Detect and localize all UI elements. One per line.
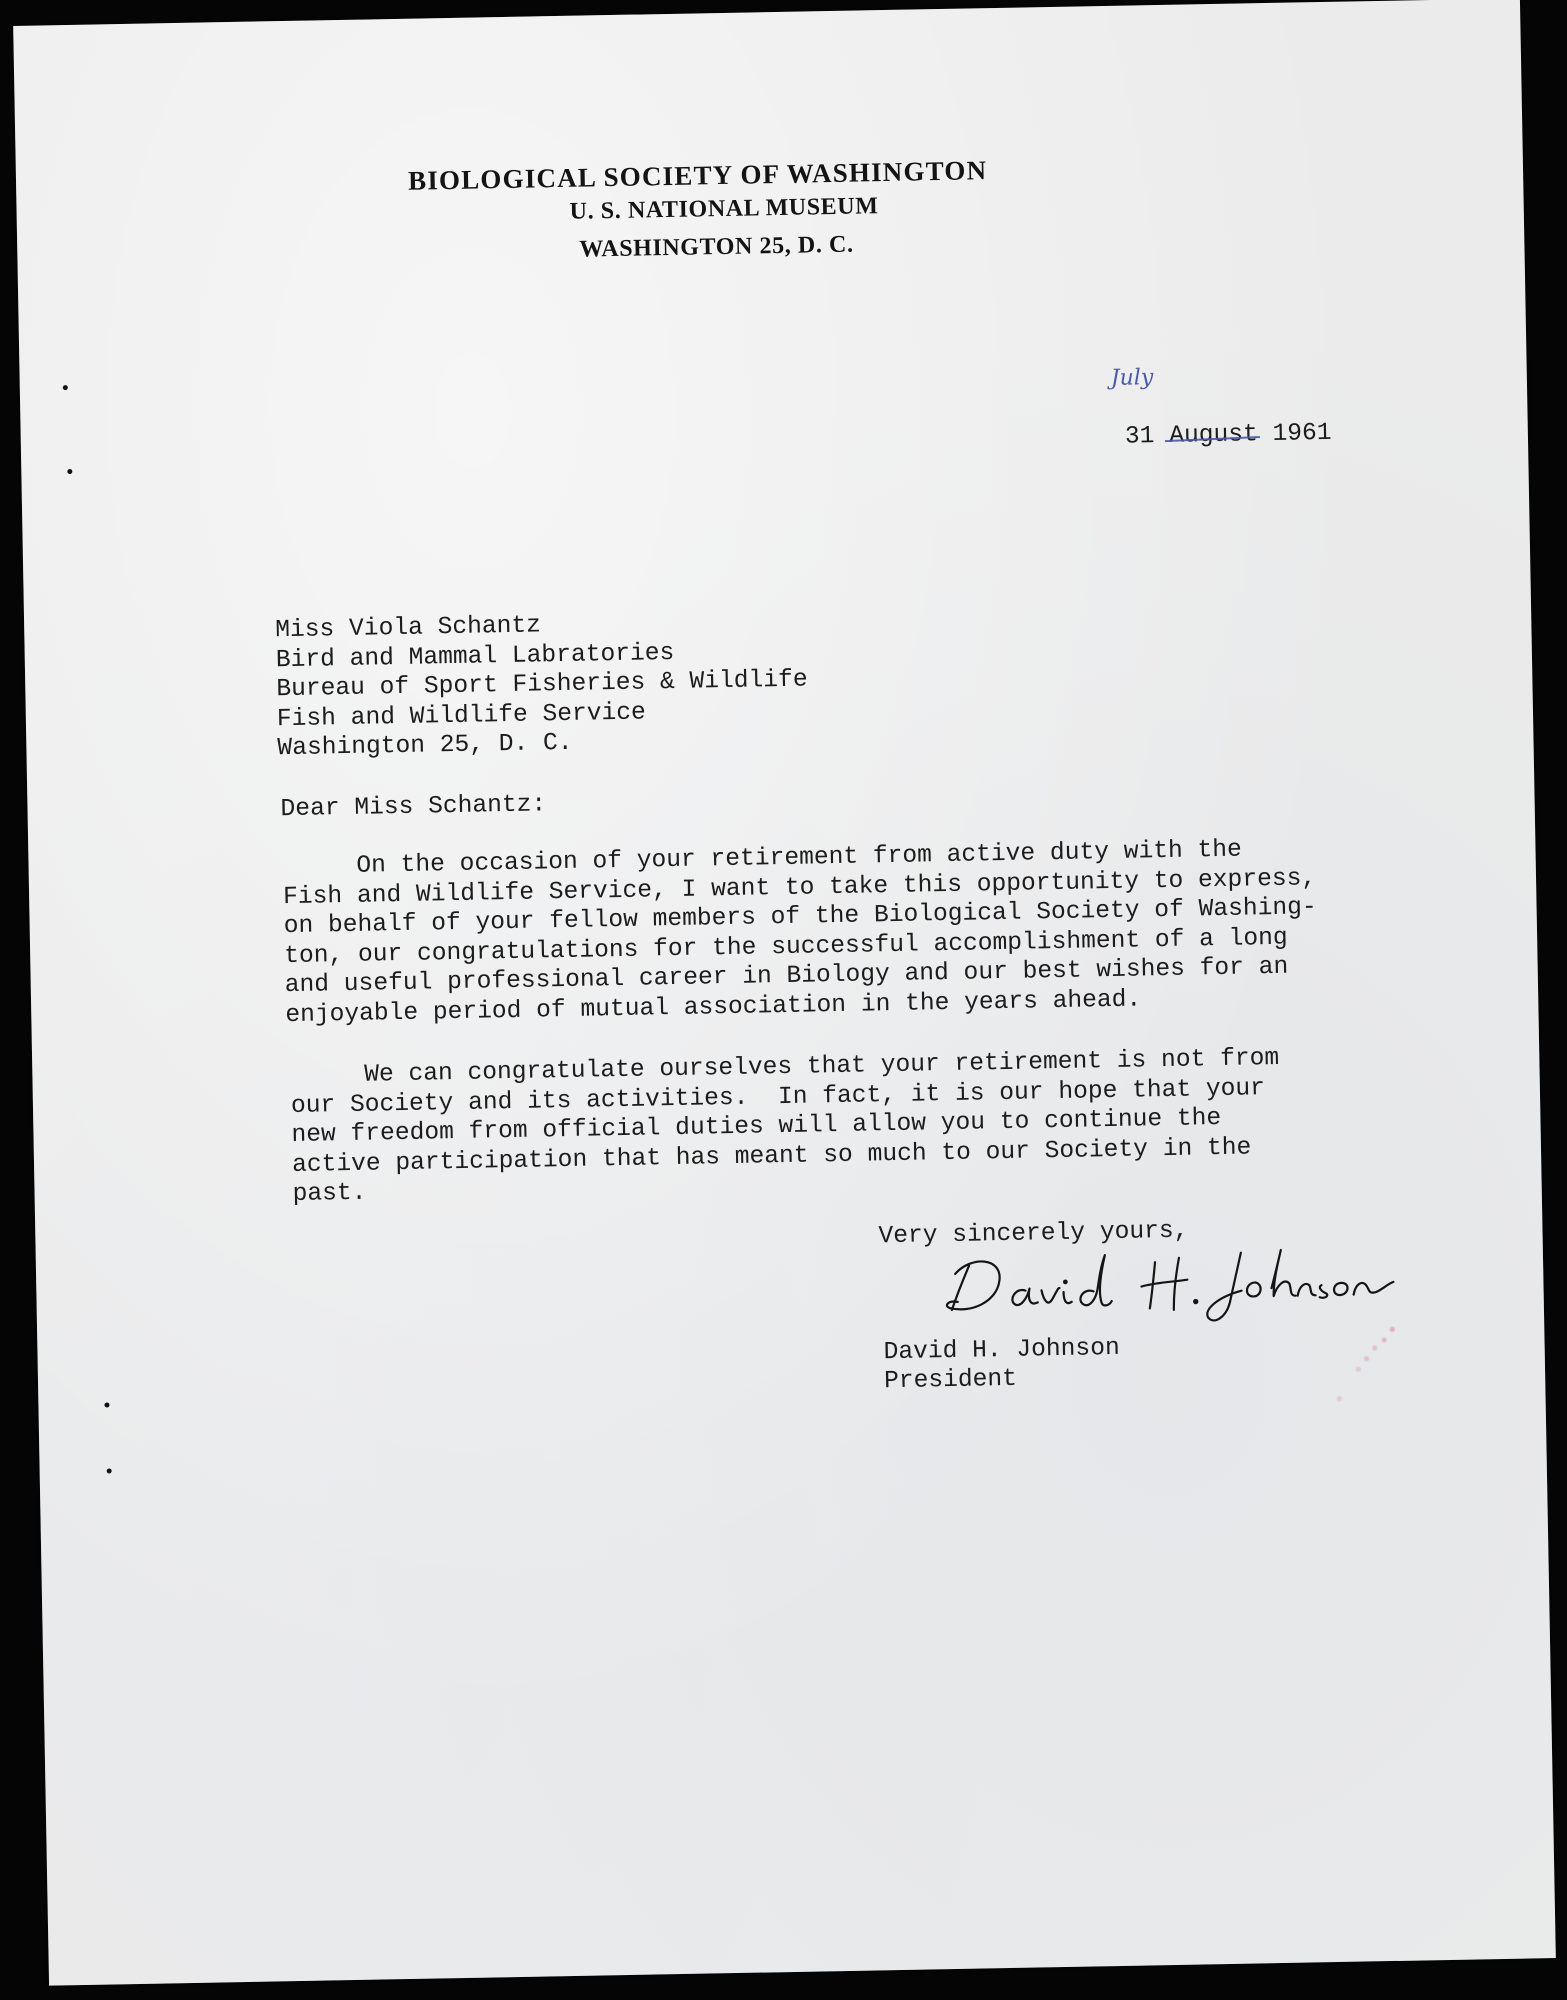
- signer-title: President: [884, 1365, 1017, 1397]
- date-year: 1961: [1272, 419, 1332, 447]
- letterhead-city: WASHINGTON 25, D. C.: [579, 232, 854, 264]
- margin-dot: [104, 1402, 109, 1407]
- date-day: 31: [1125, 423, 1155, 451]
- body-paragraph-2: We can congratulate ourselves that your …: [290, 1044, 1281, 1210]
- letter-page: BIOLOGICAL SOCIETY OF WASHINGTON U. S. N…: [13, 0, 1556, 1986]
- margin-dot: [107, 1468, 112, 1473]
- body-paragraph-1: On the occasion of your retirement from …: [282, 834, 1318, 1030]
- signer-name: David H. Johnson: [883, 1334, 1120, 1368]
- margin-dot: [67, 469, 72, 474]
- date-line: 31 August 1961: [1065, 389, 1332, 482]
- date-handwritten-correction: July: [1111, 365, 1154, 391]
- salutation: Dear Miss Schantz:: [280, 790, 546, 824]
- margin-dot: [63, 385, 68, 390]
- handwritten-signature: [941, 1236, 1403, 1334]
- recipient-address: Miss Viola SchantzBird and Mammal Labrat…: [275, 607, 809, 764]
- letterhead-institution: U. S. NATIONAL MUSEUM: [569, 193, 878, 226]
- date-struck-month: August: [1169, 420, 1258, 451]
- letterhead-organization: BIOLOGICAL SOCIETY OF WASHINGTON: [408, 155, 988, 197]
